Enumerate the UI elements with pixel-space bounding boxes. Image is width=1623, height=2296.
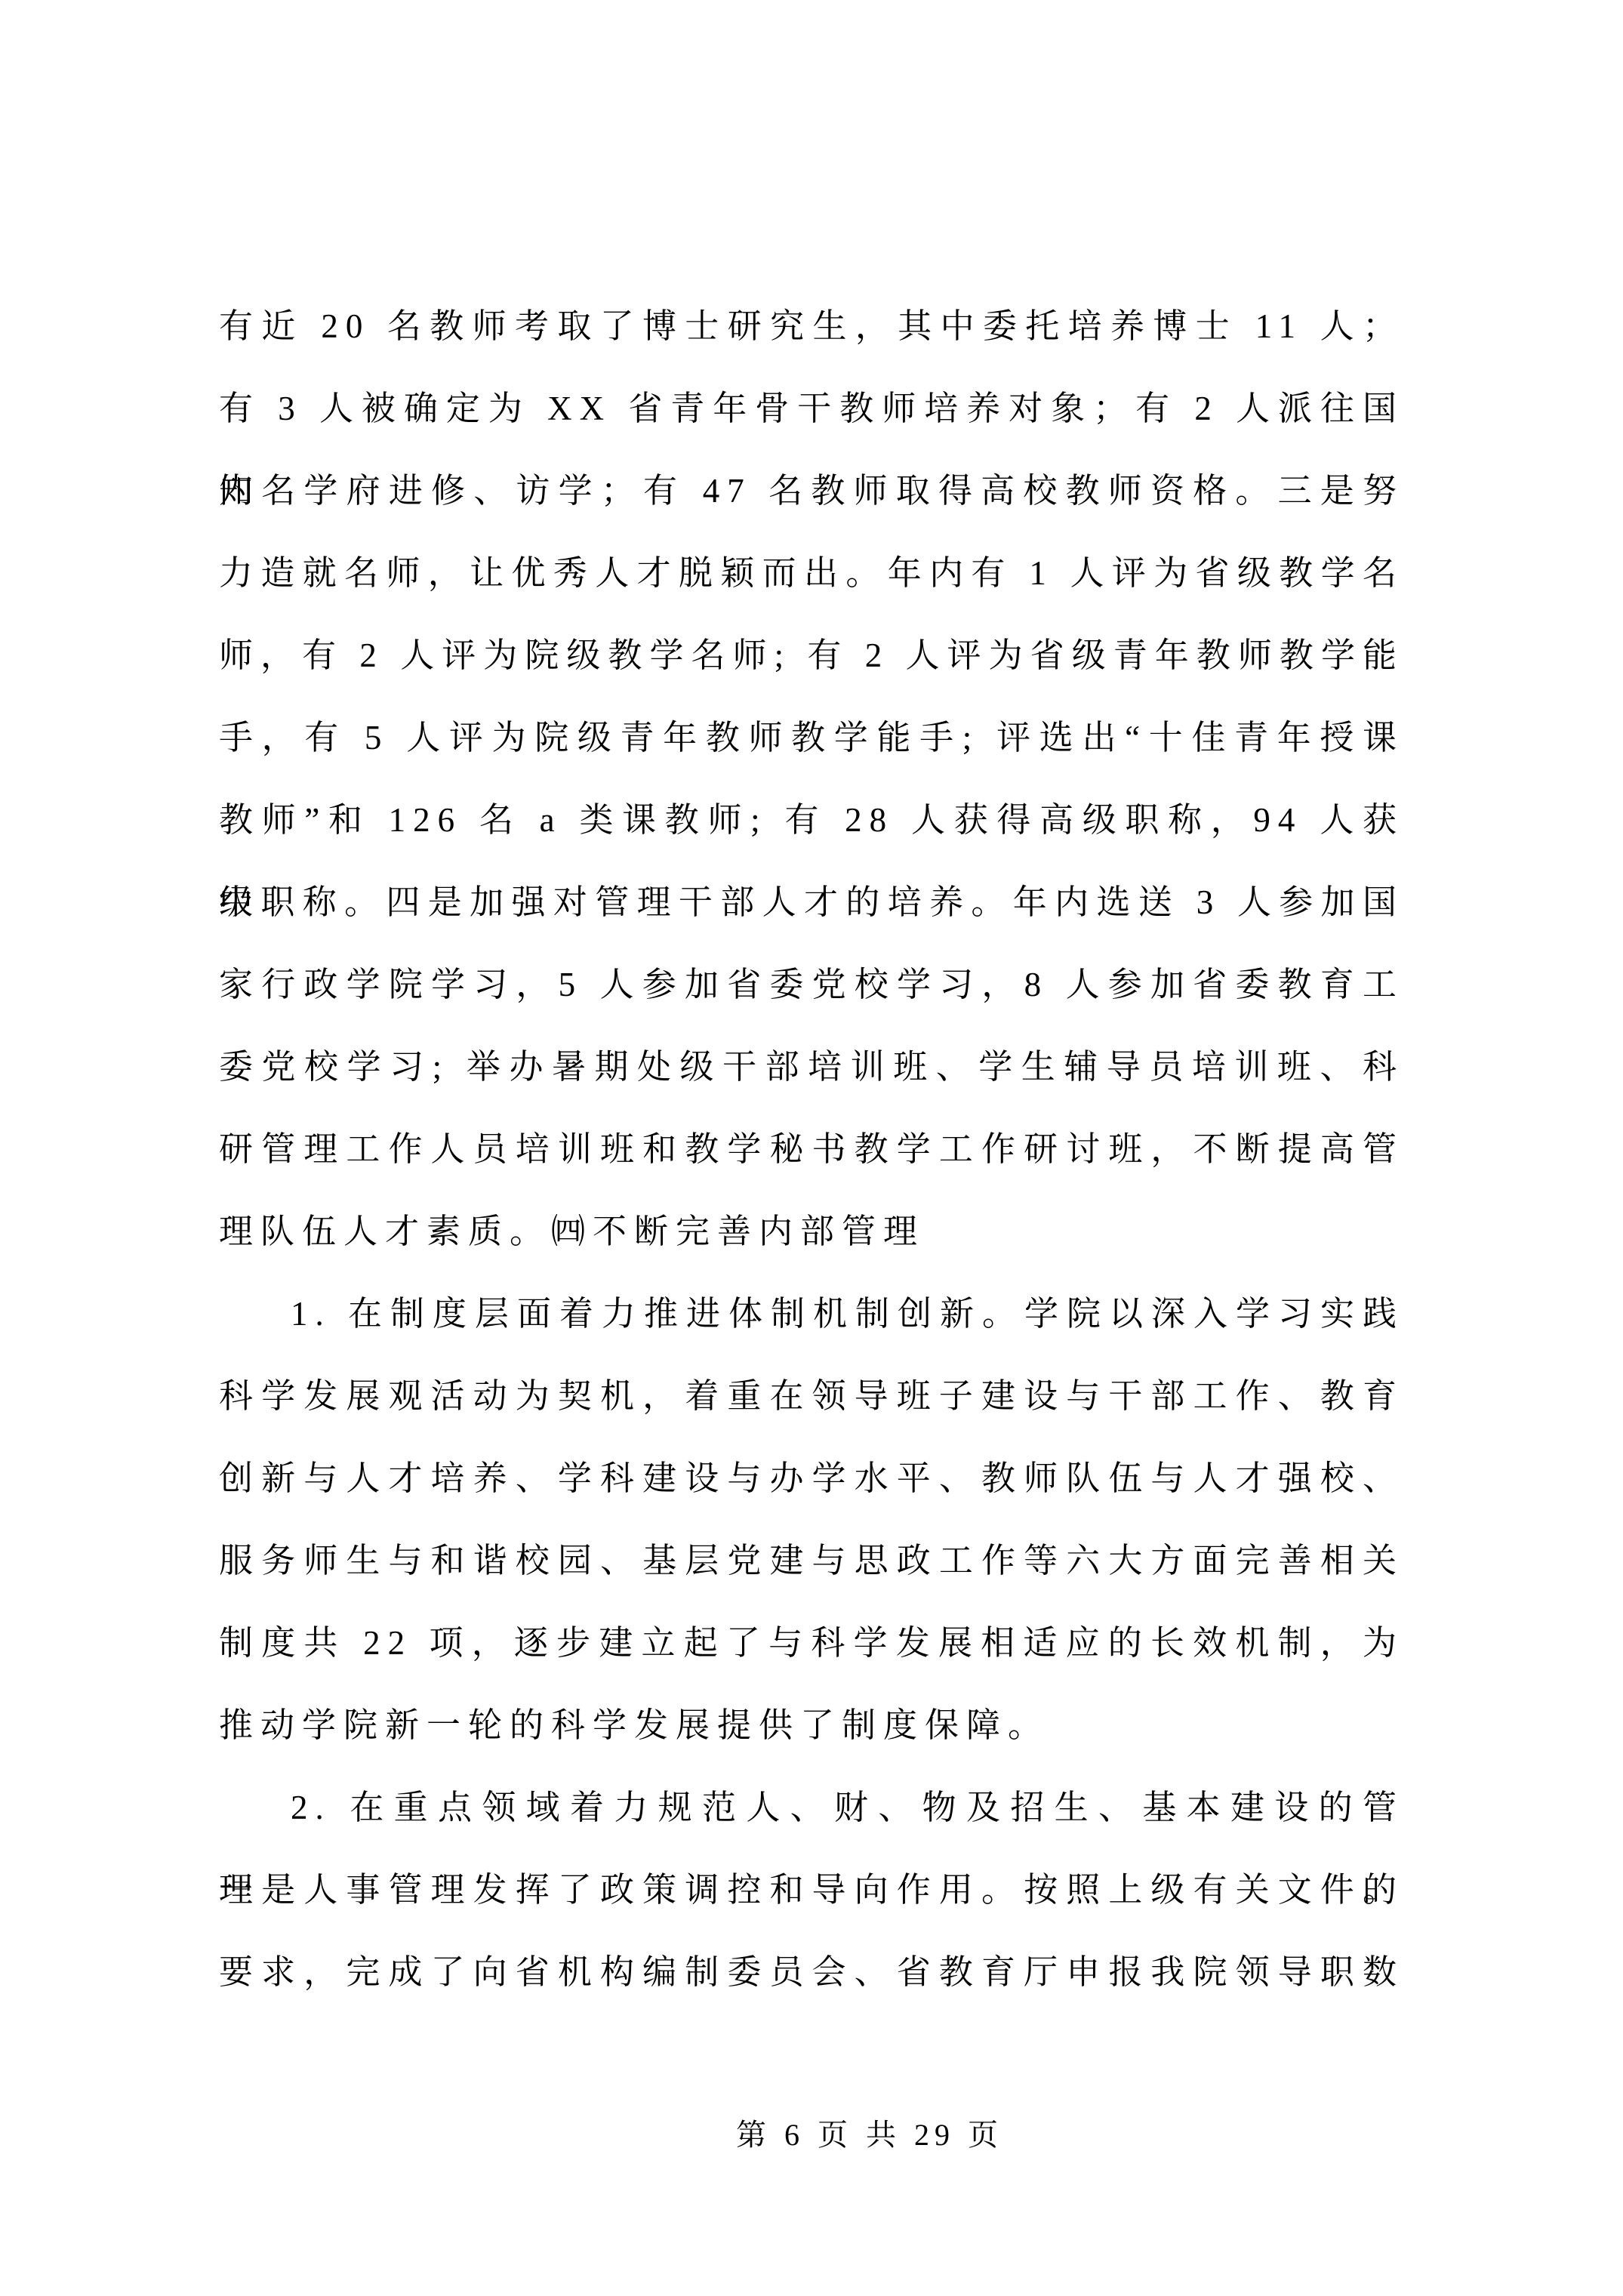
text-line: 手，有 5 人评为院级青年教师教学能手; 评选出“十佳青年授课 (219, 697, 1404, 779)
text-line: 力造就名师，让优秀人才脱颖而出。年内有 1 人评为省级教学名 (219, 532, 1404, 615)
text-line: 知名学府进修、访学；有 47 名教师取得高校教师资格。三是努 (219, 450, 1404, 532)
text-line: 要求，完成了向省机构编制委员会、省教育厅申报我院领导职数 (219, 1931, 1404, 2014)
text-line: 创新与人才培养、学科建设与办学水平、教师队伍与人才强校、 (219, 1438, 1404, 1520)
text-line: 有 3 人被确定为 XX 省青年骨干教师培养对象；有 2 人派往国内 (219, 368, 1404, 450)
text-line: 研管理工作人员培训班和教学秘书教学工作研讨班，不断提高管 (219, 1108, 1404, 1191)
text-line: 级职称。四是加强对管理干部人才的培养。年内选送 3 人参加国 (219, 861, 1404, 944)
document-page: 有近 20 名教师考取了博士研究生，其中委托培养博士 11 人；有 3 人被确定… (0, 0, 1623, 2296)
text-line: 家行政学院学习，5 人参加省委党校学习，8 人参加省委教育工 (219, 944, 1404, 1026)
text-line: 科学发展观活动为契机，着重在领导班子建设与干部工作、教育 (219, 1355, 1404, 1438)
page-number-footer: 第 6 页 共 29 页 (736, 2116, 1003, 2155)
text-line: 推动学院新一轮的科学发展提供了制度保障。 (219, 1684, 1404, 1767)
text-line: 理队伍人才素质。㈣不断完善内部管理 (219, 1191, 1404, 1273)
text-line: 一是人事管理发挥了政策调控和导向作用。按照上级有关文件的 (219, 1849, 1404, 1931)
text-line: 制度共 22 项，逐步建立起了与科学发展相适应的长效机制，为 (219, 1602, 1404, 1684)
text-line: 1. 在制度层面着力推进体制机制创新。学院以深入学习实践 (219, 1273, 1404, 1355)
text-line: 师，有 2 人评为院级教学名师; 有 2 人评为省级青年教师教学能 (219, 615, 1404, 697)
text-line: 2. 在重点领域着力规范人、财、物及招生、基本建设的管理。 (219, 1767, 1404, 1849)
text-line: 有近 20 名教师考取了博士研究生，其中委托培养博士 11 人； (219, 285, 1404, 368)
document-body: 有近 20 名教师考取了博士研究生，其中委托培养博士 11 人；有 3 人被确定… (219, 285, 1404, 2014)
text-line: 服务师生与和谐校园、基层党建与思政工作等六大方面完善相关 (219, 1520, 1404, 1602)
text-line: 委党校学习; 举办暑期处级干部培训班、学生辅导员培训班、科 (219, 1026, 1404, 1108)
text-line: 教师”和 126 名 a 类课教师; 有 28 人获得高级职称，94 人获中 (219, 779, 1404, 861)
